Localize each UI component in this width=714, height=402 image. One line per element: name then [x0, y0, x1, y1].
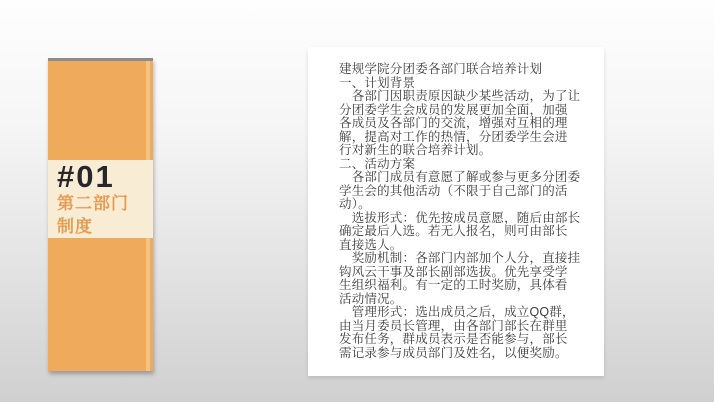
section-heading-2: 二、活动方案: [339, 158, 596, 172]
text-line: 生组织福利。有一定的工时奖励，具体看: [339, 279, 596, 293]
text-line: 动）。: [339, 198, 596, 212]
text-line: 各部门成员有意愿了解或参与更多分团委: [339, 171, 596, 185]
chapter-title-line1: 第二部门: [57, 192, 149, 215]
text-line: 解，提高对工作的热情，分团委学生会进: [339, 131, 596, 145]
chapter-banner: #01 第二部门 制度: [48, 58, 153, 371]
chapter-title-line2: 制度: [57, 215, 149, 238]
text-line: 各部门因职责原因缺少某些活动，为了让: [339, 90, 596, 104]
text-line: 选拔形式：优先按成员意愿，随后由部长: [339, 212, 596, 226]
section-heading-1: 一、计划背景: [339, 77, 596, 91]
chapter-number: #01: [57, 162, 149, 192]
text-line: 奖励机制：各部门内部加个人分，直接挂: [339, 252, 596, 266]
text-line: 各成员及各部门的交流，增强对互相的理: [339, 117, 596, 131]
text-line: 分团委学生会成员的发展更加全面，加强: [339, 104, 596, 118]
text-line: 确定最后人选。若无人报名，则可由部长: [339, 225, 596, 239]
chapter-label-box: #01 第二部门 制度: [48, 160, 153, 238]
slide-background: #01 第二部门 制度 建规学院分团委各部门联合培养计划 一、计划背景 各部门因…: [0, 0, 714, 402]
text-line: 管理形式：选出成员之后，成立QQ群，: [339, 306, 596, 320]
doc-title: 建规学院分团委各部门联合培养计划: [339, 63, 596, 77]
text-line: 行对新生的联合培养计划。: [339, 144, 596, 158]
text-line: 活动情况。: [339, 293, 596, 307]
text-line: 学生会的其他活动（不限于自己部门的活: [339, 185, 596, 199]
text-line: 发布任务，群成员表示是否能参与，部长: [339, 333, 596, 347]
text-line: 直接选人。: [339, 239, 596, 253]
content-panel: 建规学院分团委各部门联合培养计划 一、计划背景 各部门因职责原因缺少某些活动，为…: [308, 47, 604, 376]
text-line: 由当月委员长管理，由各部门部长在群里: [339, 320, 596, 334]
text-line: 钩风云干事及部长副部选拔。优先享受学: [339, 266, 596, 280]
text-line: 需记录参与成员部门及姓名，以便奖励。: [339, 347, 596, 361]
